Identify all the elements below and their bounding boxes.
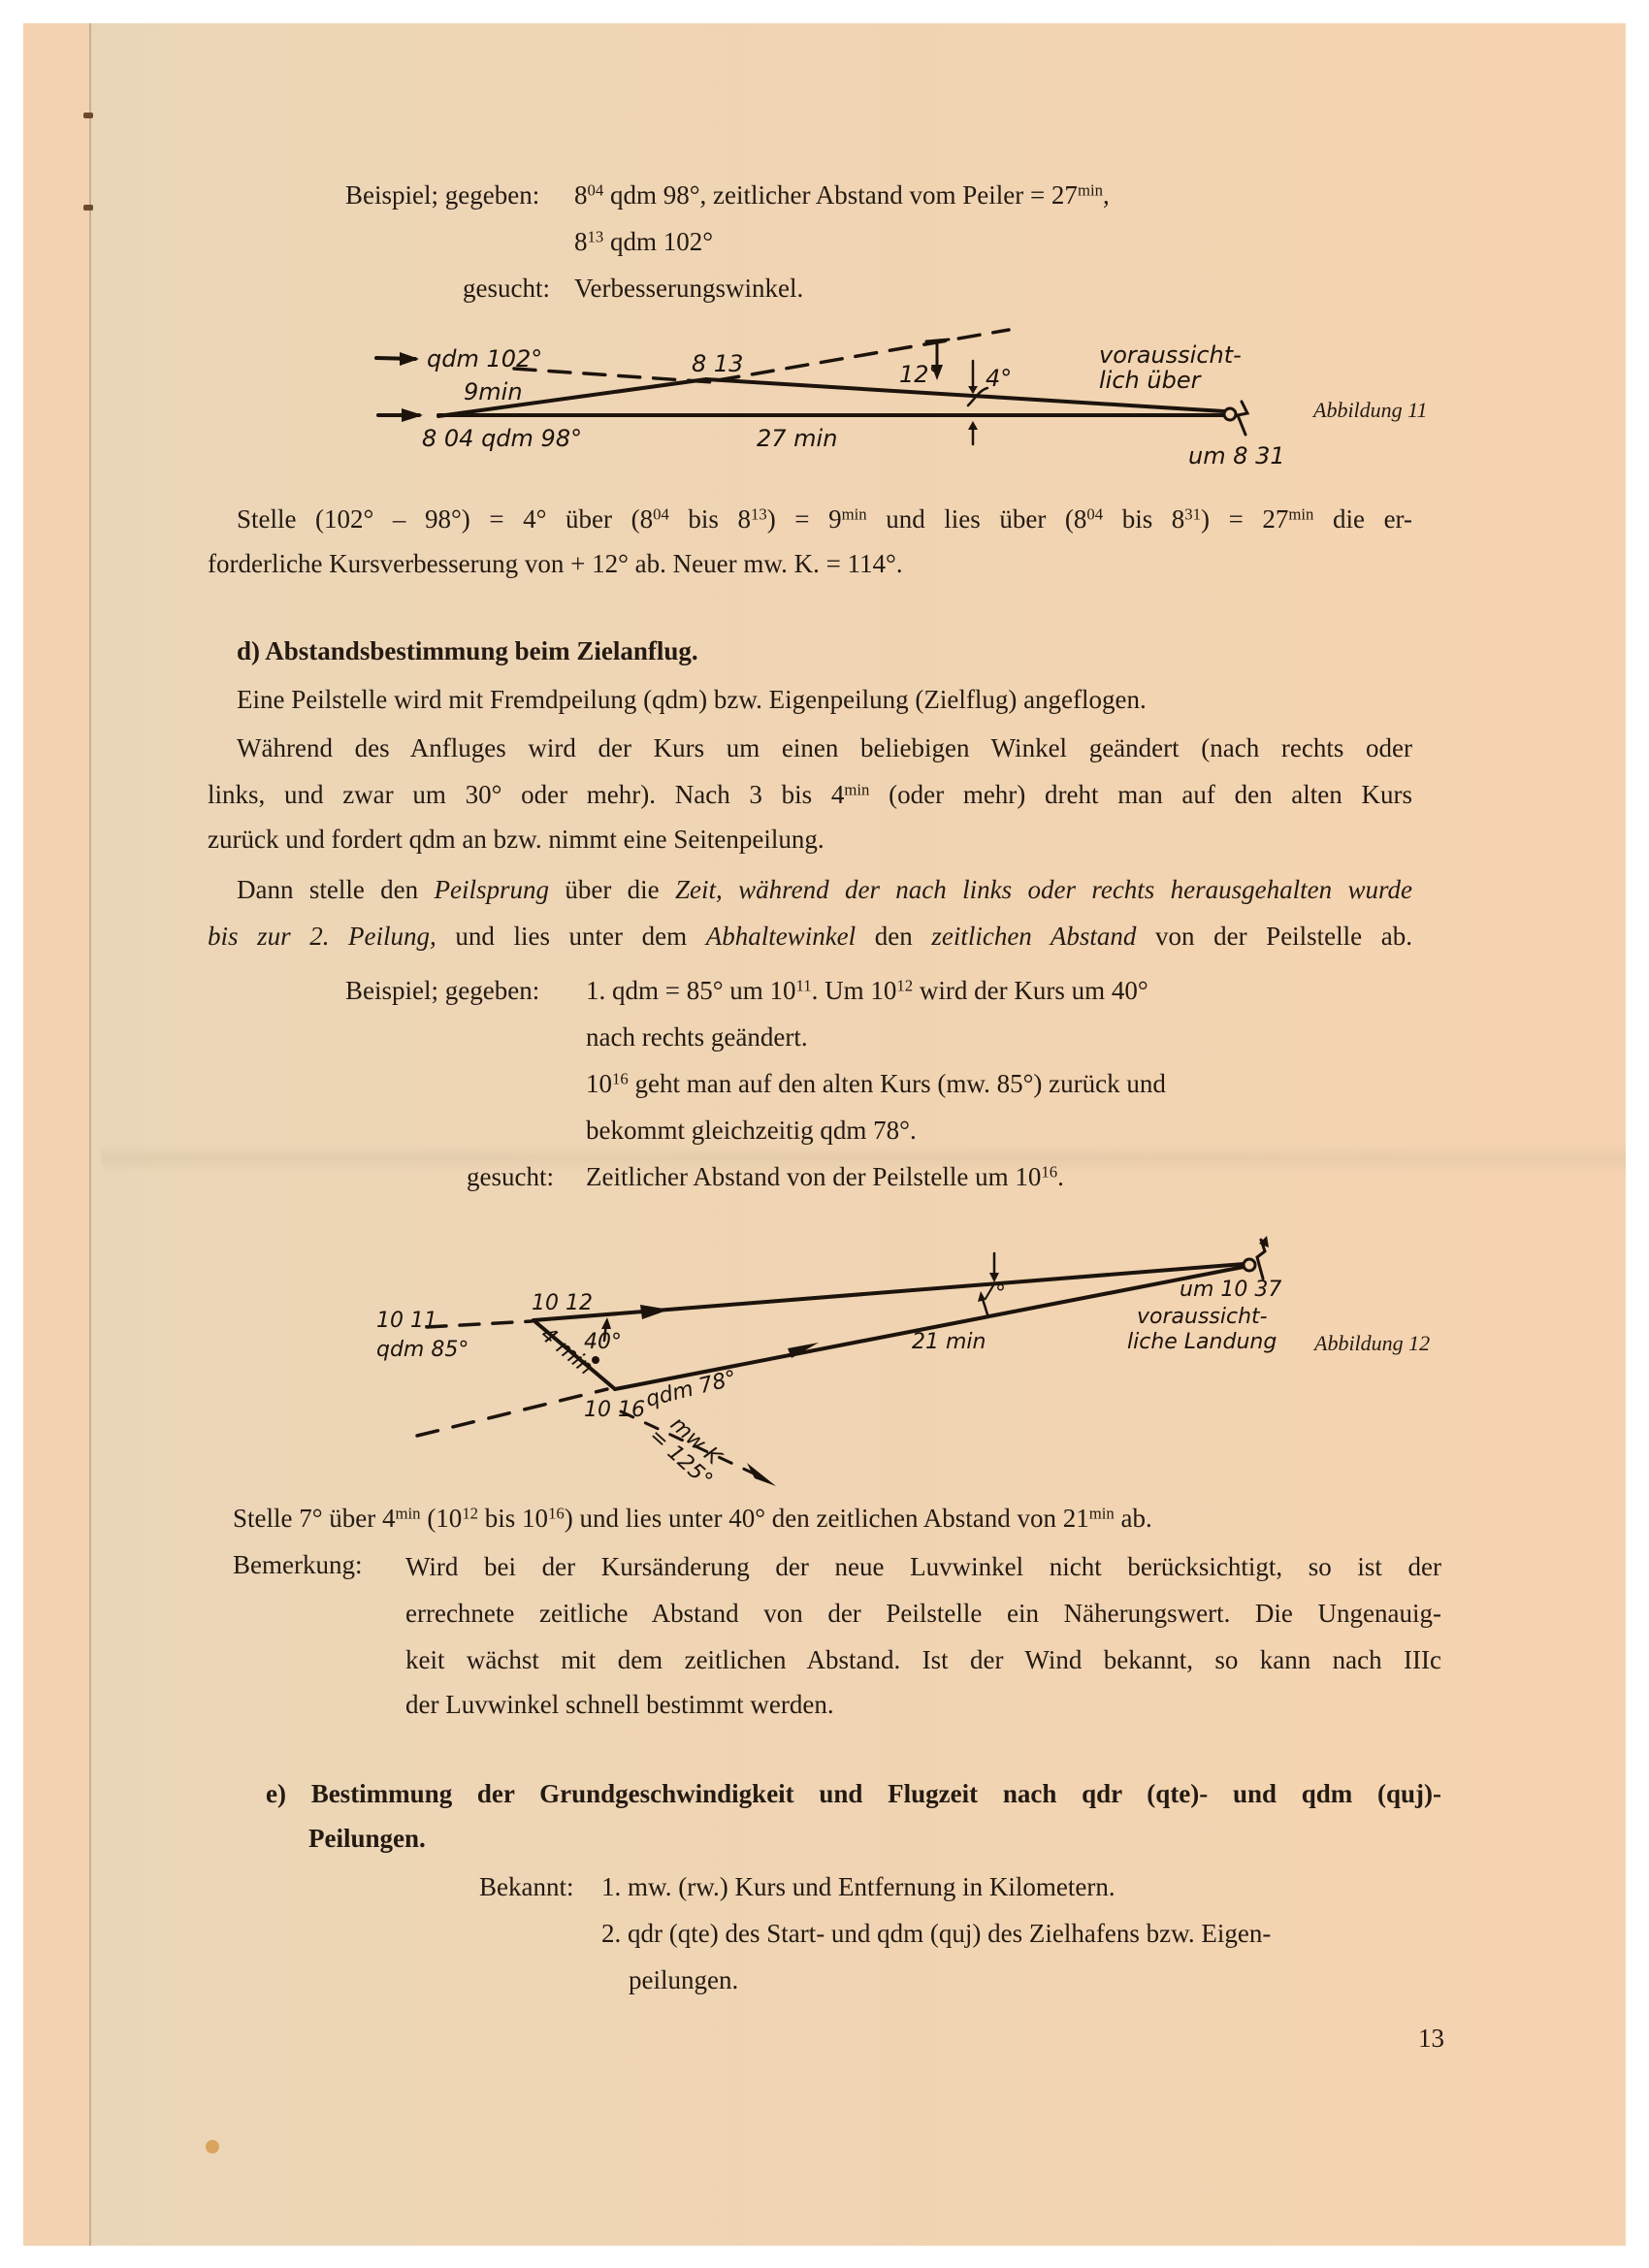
section-e-heading-line1: e) Bestimmung der Grundgeschwindigkeit u…: [266, 1779, 1441, 1809]
svg-text:voraussicht-: voraussicht-: [1137, 1305, 1268, 1329]
remark-line1: Wird bei der Kursänderung der neue Luvwi…: [405, 1552, 1441, 1582]
svg-text:21 min: 21 min: [912, 1330, 986, 1354]
remark-label: Bemerkung:: [233, 1552, 362, 1578]
svg-text:liche Landung: liche Landung: [1127, 1330, 1277, 1354]
section-e-item2-line2: peilungen.: [629, 1967, 738, 1993]
svg-text:7°: 7°: [982, 1281, 1006, 1306]
section-e-item2-line1: 2. qdr (qte) des Start- und qdm (quj) de…: [601, 1921, 1271, 1947]
remark-line4: der Luvwinkel schnell bestimmt werden.: [405, 1692, 834, 1718]
svg-text:40°: 40°: [584, 1330, 622, 1354]
svg-text:10 16: 10 16: [584, 1398, 645, 1422]
section-e-known-label: Bekannt:: [479, 1874, 573, 1900]
svg-text:um 10 37: um 10 37: [1180, 1278, 1281, 1302]
figure-12-caption: Abbildung 12: [1314, 1331, 1430, 1356]
solution2-line: Stelle 7° über 4min (1012 bis 1016) und …: [233, 1506, 1152, 1532]
section-e-heading-line2: Peilungen.: [308, 1826, 426, 1852]
svg-text:qdm 85°: qdm 85°: [376, 1338, 469, 1362]
page-number: 13: [1418, 2025, 1444, 2052]
svg-text:10 11: 10 11: [376, 1309, 437, 1333]
remark-line2: errechnete zeitliche Abstand von der Pei…: [405, 1599, 1441, 1629]
svg-text:10 12: 10 12: [532, 1291, 593, 1315]
remark-line3: keit wächst mit dem zeitlichen Abstand. …: [405, 1645, 1441, 1675]
section-e-item1: 1. mw. (rw.) Kurs und Entfernung in Kilo…: [601, 1874, 1115, 1900]
